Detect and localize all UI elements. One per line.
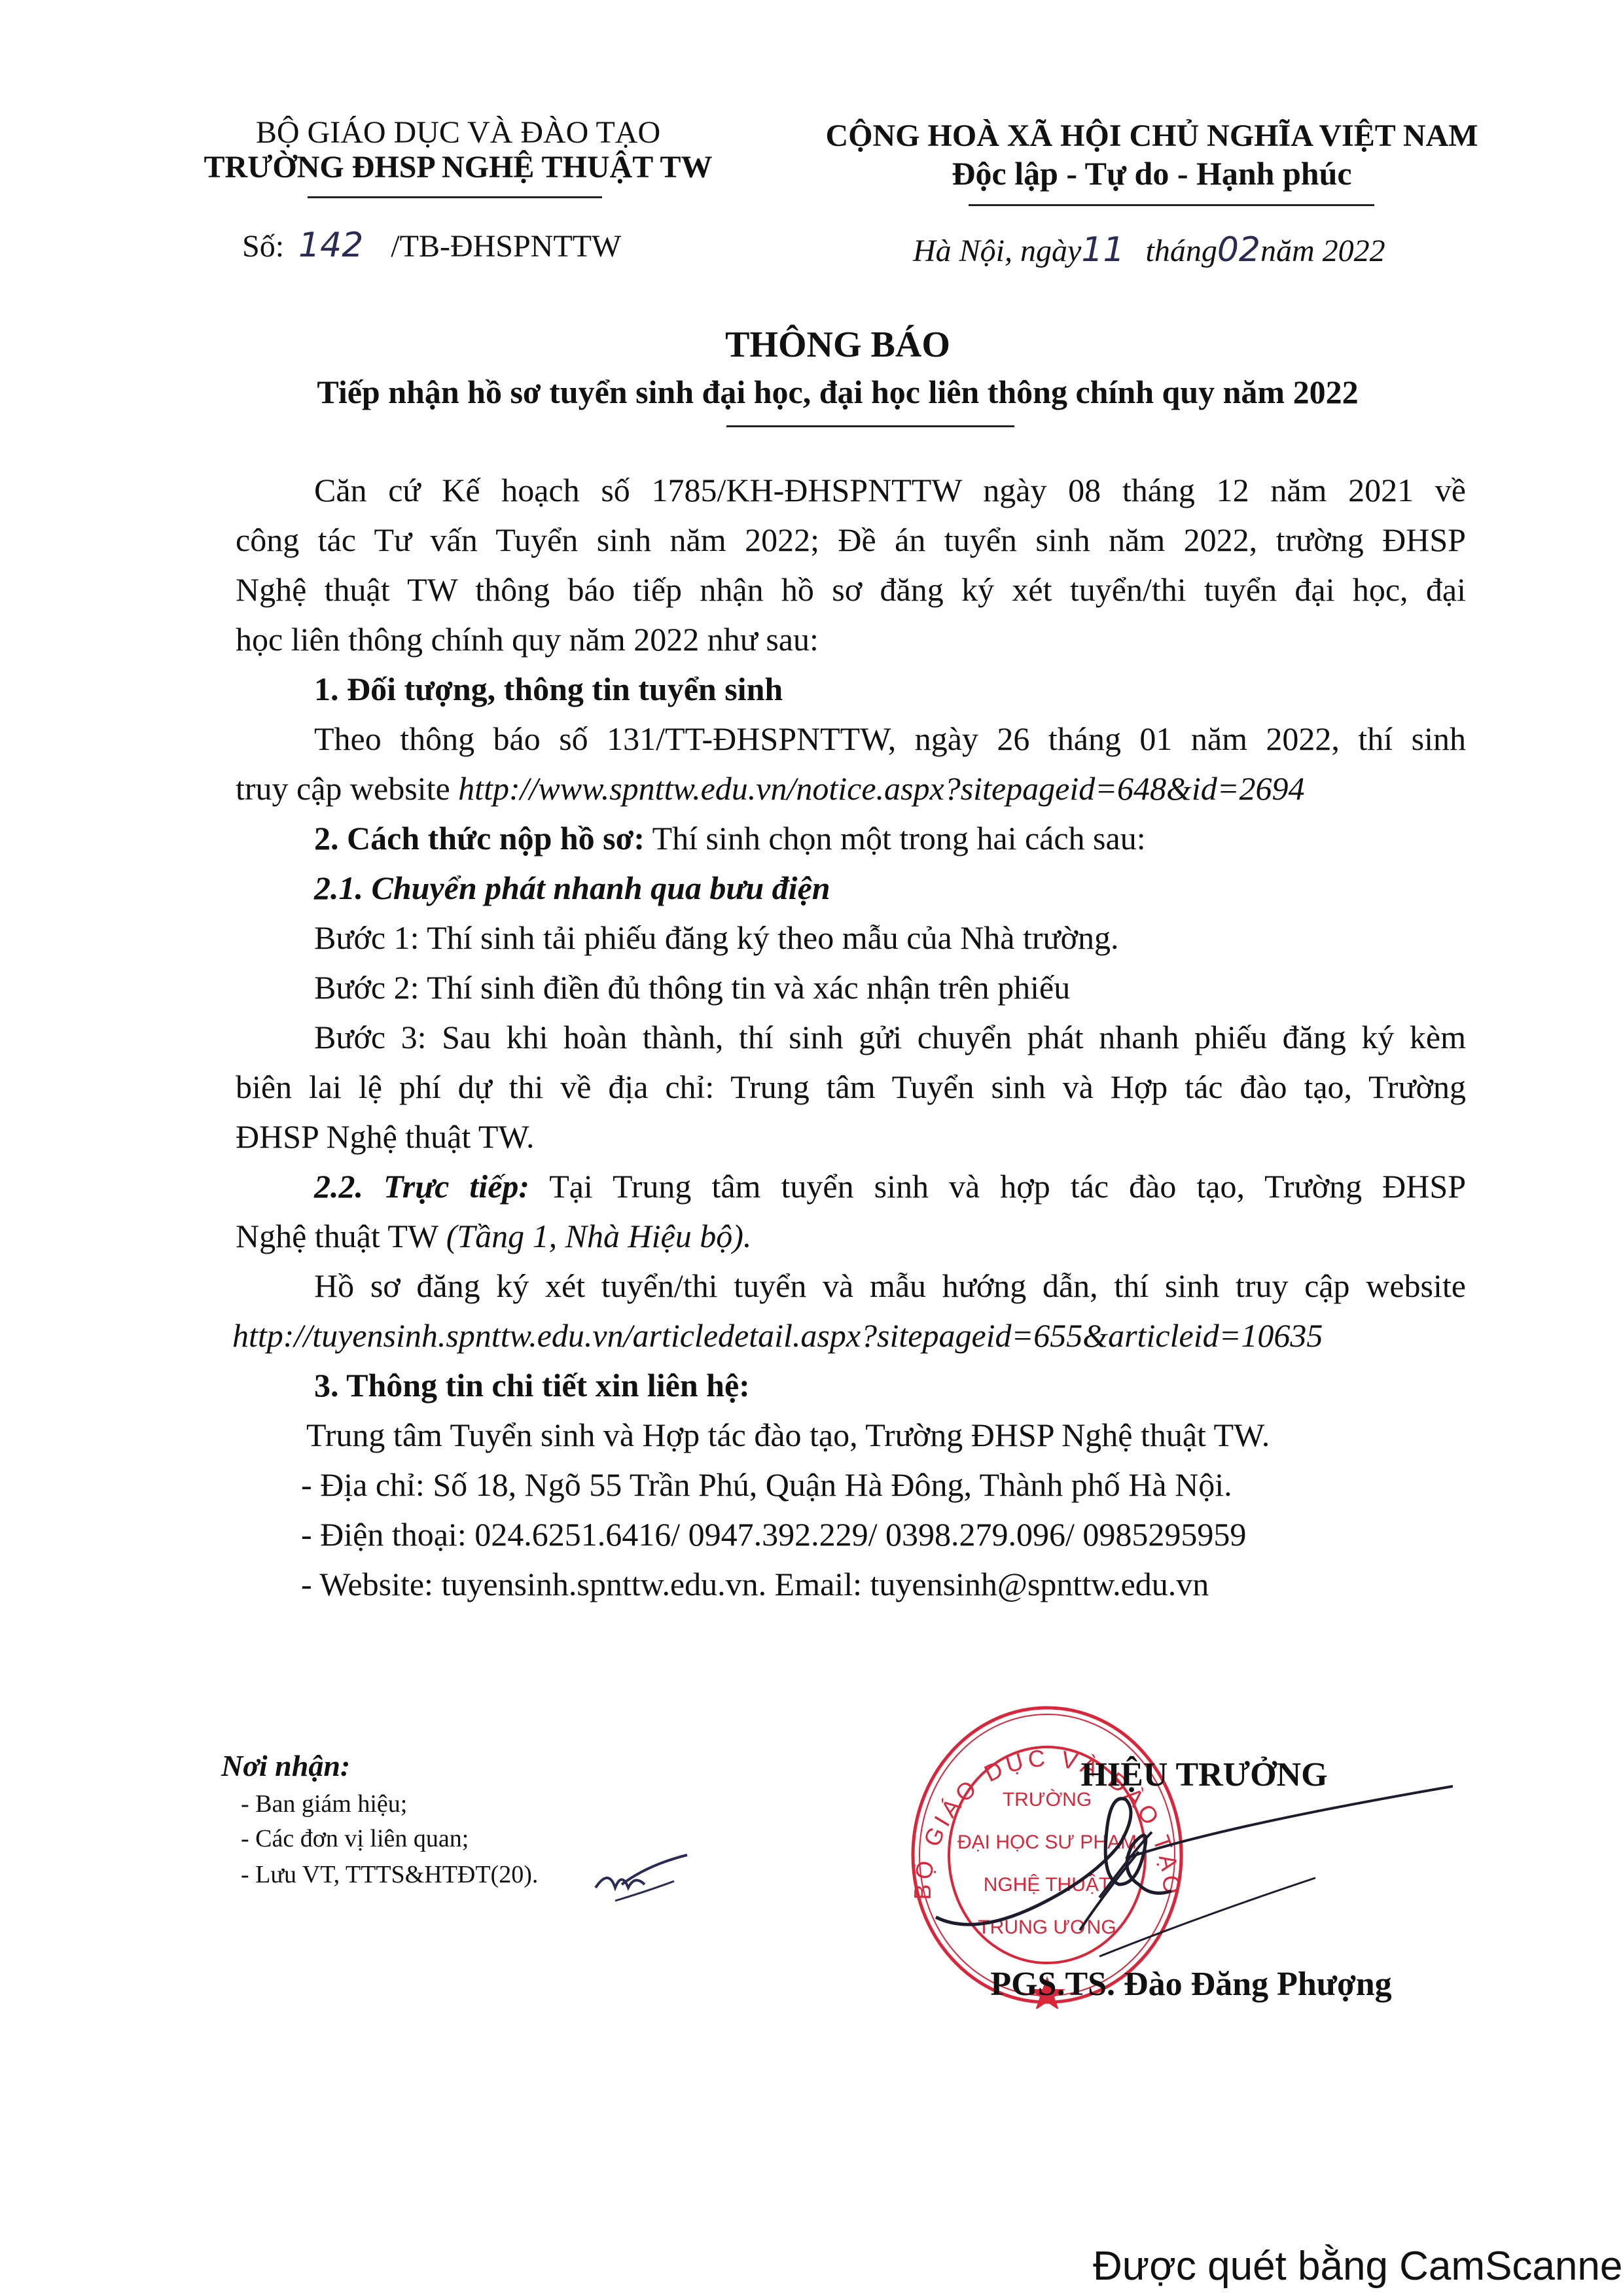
contact-phone: - Điện thoại: 024.6251.6416/ 0947.392.22… — [301, 1515, 1246, 1553]
section2-2-line1-rest: Tại Trung tâm tuyển sinh và hợp tác đào … — [529, 1168, 1466, 1205]
doc-number-suffix: /TB-ĐHSPNTTW — [391, 229, 621, 264]
section1-heading: 1. Đối tượng, thông tin tuyển sinh — [314, 670, 783, 708]
date-prefix: Hà Nội, ngày — [913, 234, 1081, 268]
section2-2-line2-prefix: Nghệ thuật TW — [236, 1218, 446, 1254]
recipient-item: - Lưu VT, TTTS&HTĐT(20). — [241, 1860, 538, 1889]
contact-web-email: - Website: tuyensinh.spnttw.edu.vn. Emai… — [301, 1565, 1209, 1603]
school-name: TRƯỜNG ĐHSP NGHỆ THUẬT TW — [164, 149, 753, 185]
document-number: Số: 142 /TB-ĐHSPNTTW — [242, 226, 621, 265]
initials-mark-icon — [589, 1852, 694, 1904]
intro-line-3: Nghệ thuật TW thông báo tiếp nhận hồ sơ … — [236, 571, 1466, 609]
doc-number-prefix: Số: — [242, 229, 284, 264]
title-underline — [726, 425, 1014, 427]
document-date: Hà Nội, ngày11 tháng02năm 2022 — [913, 230, 1385, 270]
docs-url-link[interactable]: http://tuyensinh.spnttw.edu.vn/articlede… — [232, 1316, 1323, 1354]
section1-line2-prefix: truy cập website — [236, 770, 458, 807]
section2-1-heading: 2.1. Chuyển phát nhanh qua bưu điện — [314, 869, 830, 907]
section2-2-location: (Tầng 1, Nhà Hiệu bộ). — [446, 1218, 752, 1254]
section2-heading-line: 2. Cách thức nộp hồ sơ: Thí sinh chọn mộ… — [314, 819, 1146, 857]
section2-2-line1: 2.2. Trực tiếp: Tại Trung tâm tuyển sinh… — [314, 1167, 1466, 1205]
page-subtitle: Tiếp nhận hồ sơ tuyển sinh đại học, đại … — [26, 373, 1623, 411]
recipients-title: Nơi nhận: — [221, 1748, 350, 1783]
section2-heading-rest: Thí sinh chọn một trong hai cách sau: — [645, 820, 1146, 857]
scanner-watermark: Được quét bằng CamScanner — [1093, 2243, 1623, 2289]
ministry-name: BỘ GIÁO DỤC VÀ ĐÀO TẠO — [164, 115, 753, 150]
recipient-item: - Các đơn vị liên quan; — [241, 1824, 469, 1853]
signer-name: PGS.TS. Đào Đăng Phượng — [831, 1965, 1551, 2004]
motto: Độc lập - Tự do - Hạnh phúc — [772, 154, 1531, 192]
section2-heading: 2. Cách thức nộp hồ sơ: — [314, 820, 645, 857]
docs-line: Hồ sơ đăng ký xét tuyển/thi tuyển và mẫu… — [314, 1267, 1466, 1305]
notice-url-link[interactable]: http://www.spnttw.edu.vn/notice.aspx?sit… — [458, 770, 1304, 807]
intro-line-4: học liên thông chính quy năm 2022 như sa… — [236, 620, 819, 658]
section1-line1: Theo thông báo số 131/TT-ĐHSPNTTW, ngày … — [314, 720, 1466, 758]
section1-line2: truy cập website http://www.spnttw.edu.v… — [236, 769, 1304, 807]
page-title: THÔNG BÁO — [26, 324, 1623, 366]
contact-org: Trung tâm Tuyển sinh và Hợp tác đào tạo,… — [306, 1416, 1270, 1454]
recipient-item: - Ban giám hiệu; — [241, 1790, 407, 1818]
date-year: năm 2022 — [1260, 234, 1385, 268]
motto-underline — [969, 204, 1374, 206]
contact-address: - Địa chỉ: Số 18, Ngõ 55 Trần Phú, Quận … — [301, 1466, 1232, 1504]
date-day-handwritten: 11 — [1081, 230, 1124, 270]
section2-2-heading: 2.2. Trực tiếp: — [314, 1168, 529, 1205]
country-name: CỘNG HOÀ XÃ HỘI CHỦ NGHĨA VIỆT NAM — [772, 118, 1531, 154]
school-underline — [308, 196, 602, 198]
doc-number-handwritten: 142 — [298, 226, 363, 265]
date-month-handwritten: 02 — [1217, 230, 1260, 270]
step-3-line3: ĐHSP Nghệ thuật TW. — [236, 1118, 535, 1156]
step-2: Bước 2: Thí sinh điền đủ thông tin và xá… — [314, 968, 1070, 1006]
section3-heading: 3. Thông tin chi tiết xin liên hệ: — [314, 1366, 750, 1404]
step-3-line1: Bước 3: Sau khi hoàn thành, thí sinh gửi… — [314, 1018, 1466, 1056]
step-1: Bước 1: Thí sinh tải phiếu đăng ký theo … — [314, 919, 1119, 957]
section2-2-line2: Nghệ thuật TW (Tầng 1, Nhà Hiệu bộ). — [236, 1217, 751, 1255]
intro-line-1: Căn cứ Kế hoạch số 1785/KH-ĐHSPNTTW ngày… — [314, 471, 1466, 509]
step-3-line2: biên lai lệ phí dự thi về địa chỉ: Trung… — [236, 1068, 1466, 1106]
date-month-label: tháng — [1146, 234, 1217, 268]
intro-line-2: công tác Tư vấn Tuyển sinh năm 2022; Đề … — [236, 521, 1466, 559]
signature-icon — [929, 1767, 1453, 1976]
